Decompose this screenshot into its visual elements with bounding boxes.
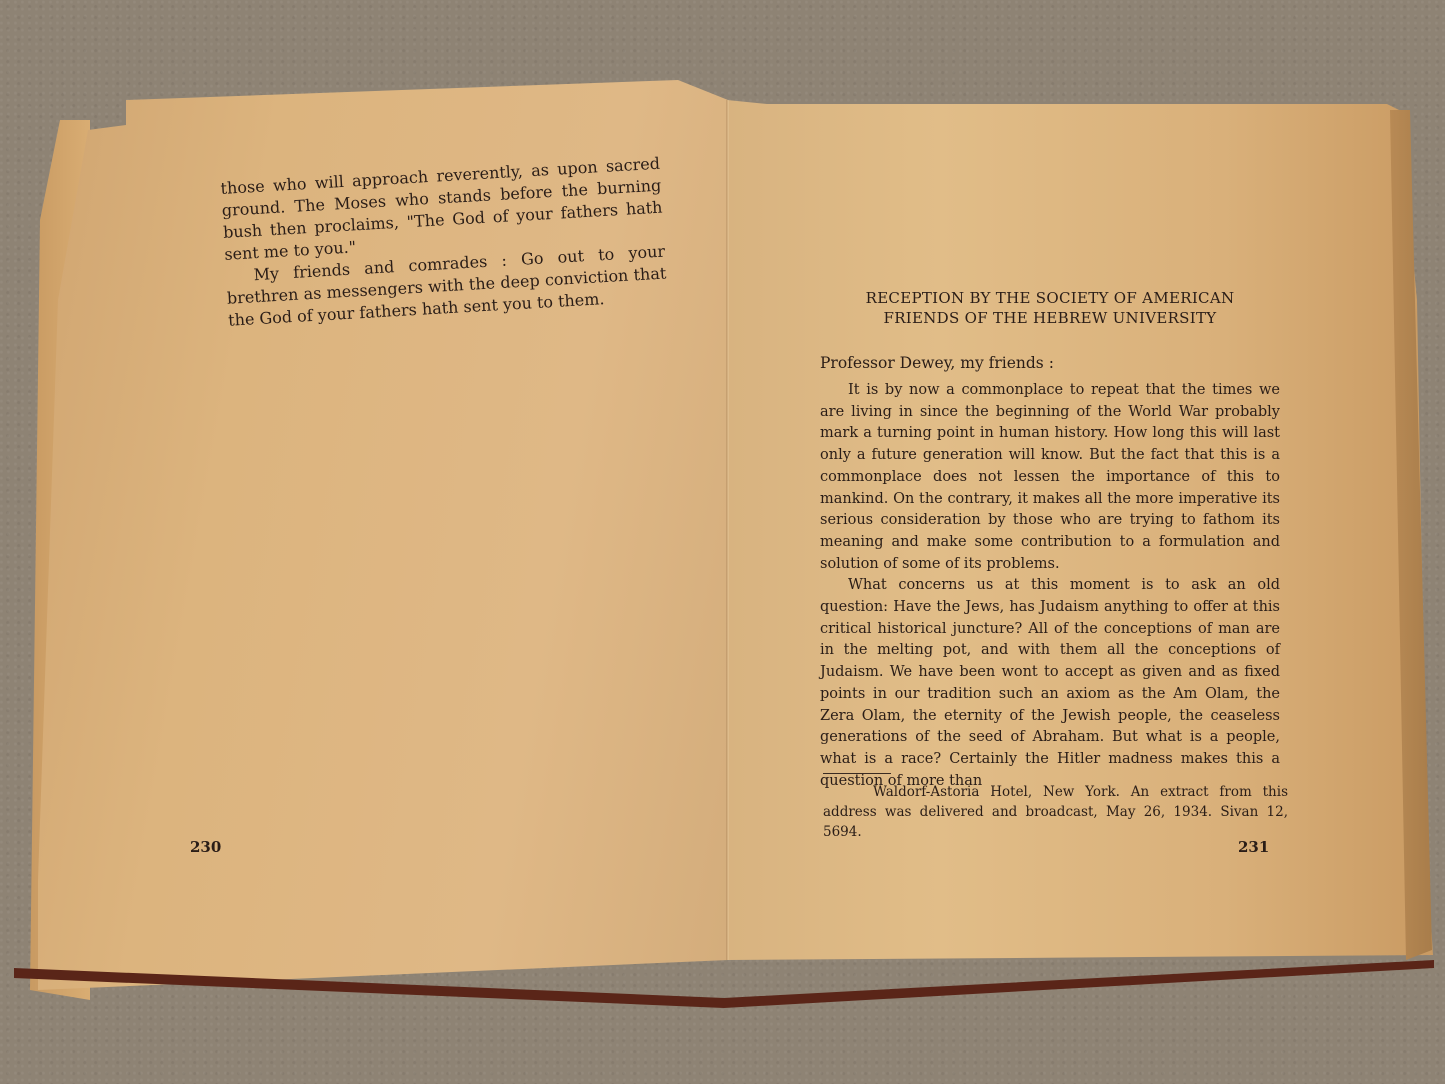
book-spine-gutter (726, 100, 729, 960)
chapter-heading-line-2: FRIENDS OF THE HEBREW UNIVERSITY (820, 308, 1280, 328)
open-book: those who will approach reverently, as u… (0, 0, 1445, 1084)
right-page-text: RECEPTION BY THE SOCIETY OF AMERICAN FRI… (820, 288, 1280, 792)
footnote: Waldorf-Astoria Hotel, New York. An extr… (823, 782, 1288, 842)
left-page (38, 0, 738, 1000)
footnote-rule (823, 773, 891, 774)
page-number-left: 230 (190, 838, 221, 856)
salutation: Professor Dewey, my friends : (820, 352, 1280, 374)
chapter-heading: RECEPTION BY THE SOCIETY OF AMERICAN FRI… (820, 288, 1280, 328)
chapter-heading-line-1: RECEPTION BY THE SOCIETY OF AMERICAN (820, 288, 1280, 308)
body-paragraph-2: What concerns us at this moment is to as… (820, 575, 1280, 792)
body-paragraph-1: It is by now a commonplace to repeat tha… (820, 380, 1280, 575)
left-page-text: those who will approach reverently, as u… (220, 153, 668, 332)
page-number-right: 231 (1238, 838, 1269, 856)
